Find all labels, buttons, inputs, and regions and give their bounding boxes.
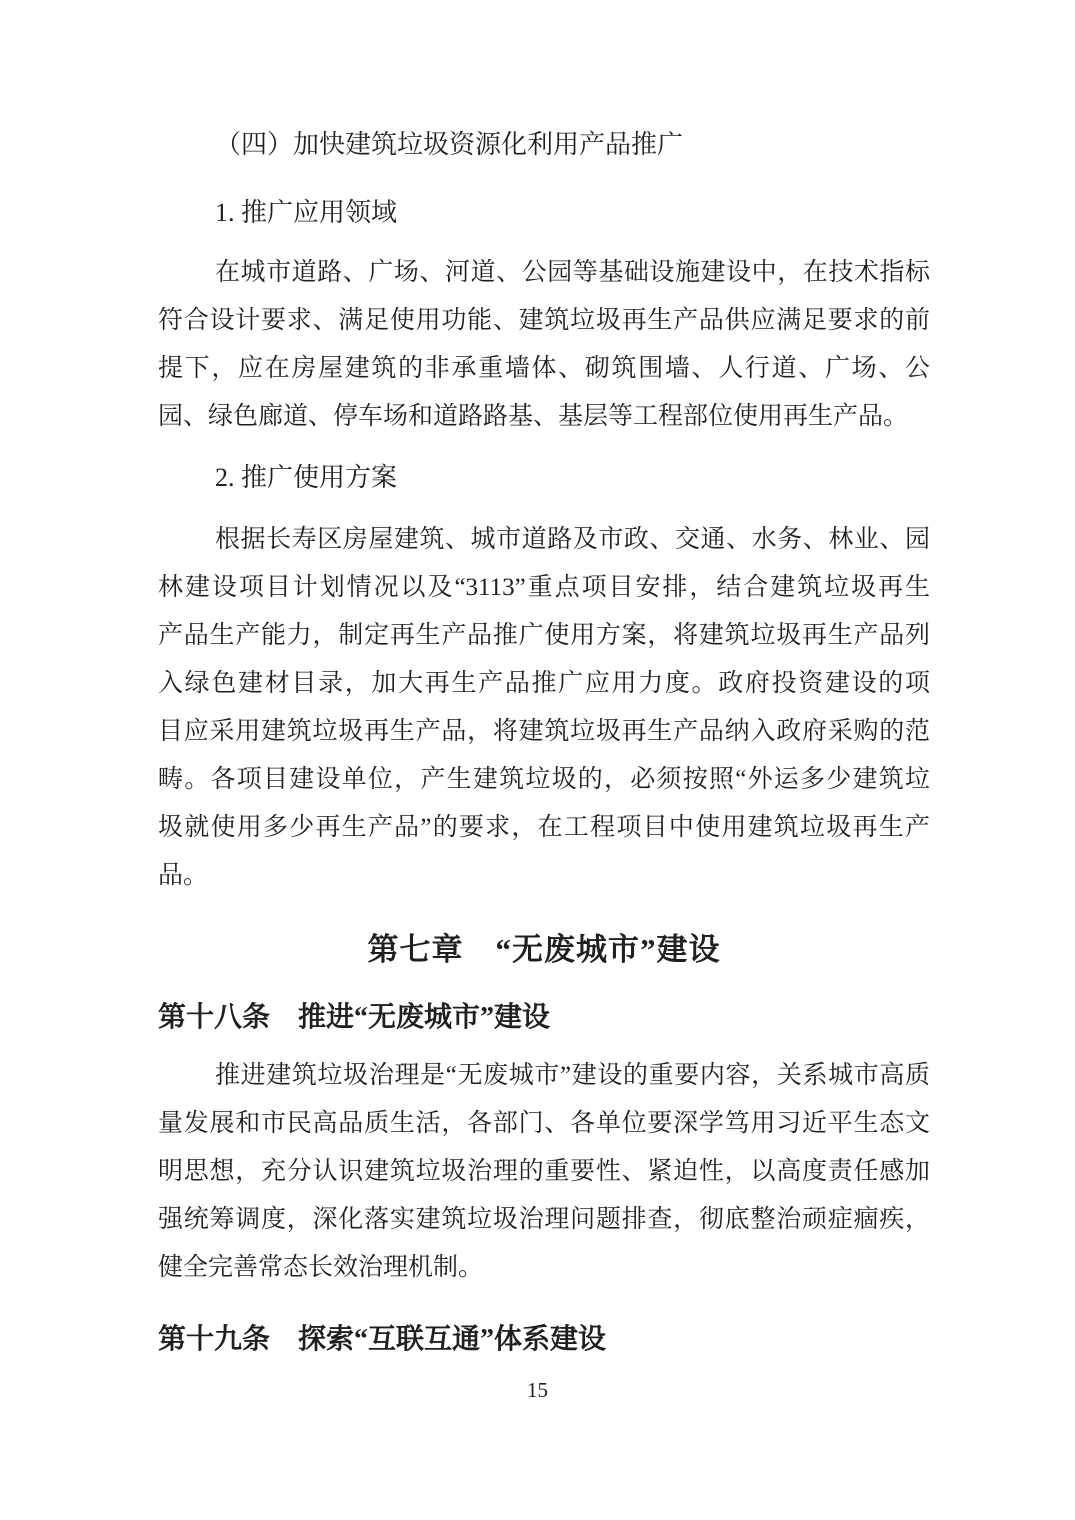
paragraph-line: 推进建筑垃圾治理是“无废城市”建设的重要内容，关系城市高质 xyxy=(158,1052,930,1100)
item1-heading: 1. 推广应用领域 xyxy=(158,189,930,237)
paragraph-line: 品。 xyxy=(158,852,930,900)
paragraph-line: 畴。各项目建设单位，产生建筑垃圾的，必须按照“外运多少建筑垃 xyxy=(158,756,930,804)
item2-heading: 2. 推广使用方案 xyxy=(158,454,930,502)
section-heading: （四）加快建筑垃圾资源化利用产品推广 xyxy=(158,121,930,169)
paragraph-line: 园、绿色廊道、停车场和道路路基、基层等工程部位使用再生产品。 xyxy=(158,393,930,441)
document-page: （四）加快建筑垃圾资源化利用产品推广 1. 推广应用领域 在城市道路、广场、河道… xyxy=(0,0,1075,1520)
paragraph-line: 量发展和市民高品质生活，各部门、各单位要深学笃用习近平生态文 xyxy=(158,1100,930,1148)
document-body: （四）加快建筑垃圾资源化利用产品推广 1. 推广应用领域 在城市道路、广场、河道… xyxy=(0,0,1075,1364)
paragraph-line: 产品生产能力，制定再生产品推广使用方案，将建筑垃圾再生产品列 xyxy=(158,612,930,660)
chapter-heading: 第七章 “无废城市”建设 xyxy=(158,922,930,978)
paragraph-3: 推进建筑垃圾治理是“无废城市”建设的重要内容，关系城市高质 量发展和市民高品质生… xyxy=(158,1052,930,1292)
paragraph-line: 健全完善常态长效治理机制。 xyxy=(158,1244,930,1292)
article-19-heading: 第十九条 探索“互联互通”体系建设 xyxy=(158,1316,930,1364)
paragraph-line: 符合设计要求、满足使用功能、建筑垃圾再生产品供应满足要求的前 xyxy=(158,297,930,345)
page-number: 15 xyxy=(0,1376,1075,1404)
paragraph-2: 根据长寿区房屋建筑、城市道路及市政、交通、水务、林业、园 林建设项目计划情况以及… xyxy=(158,516,930,900)
paragraph-line: 根据长寿区房屋建筑、城市道路及市政、交通、水务、林业、园 xyxy=(158,516,930,564)
paragraph-1: 在城市道路、广场、河道、公园等基础设施建设中，在技术指标 符合设计要求、满足使用… xyxy=(158,249,930,441)
paragraph-line: 强统筹调度，深化落实建筑垃圾治理问题排查，彻底整治顽症痼疾， xyxy=(158,1196,930,1244)
paragraph-line: 目应采用建筑垃圾再生产品，将建筑垃圾再生产品纳入政府采购的范 xyxy=(158,708,930,756)
paragraph-line: 提下，应在房屋建筑的非承重墙体、砌筑围墙、人行道、广场、公 xyxy=(158,345,930,393)
paragraph-line: 圾就使用多少再生产品”的要求，在工程项目中使用建筑垃圾再生产 xyxy=(158,804,930,852)
paragraph-line: 入绿色建材目录，加大再生产品推广应用力度。政府投资建设的项 xyxy=(158,660,930,708)
paragraph-line: 明思想，充分认识建筑垃圾治理的重要性、紧迫性，以高度责任感加 xyxy=(158,1148,930,1196)
paragraph-line: 林建设项目计划情况以及“3113”重点项目安排，结合建筑垃圾再生 xyxy=(158,564,930,612)
paragraph-line: 在城市道路、广场、河道、公园等基础设施建设中，在技术指标 xyxy=(158,249,930,297)
article-18-heading: 第十八条 推进“无废城市”建设 xyxy=(158,994,930,1042)
